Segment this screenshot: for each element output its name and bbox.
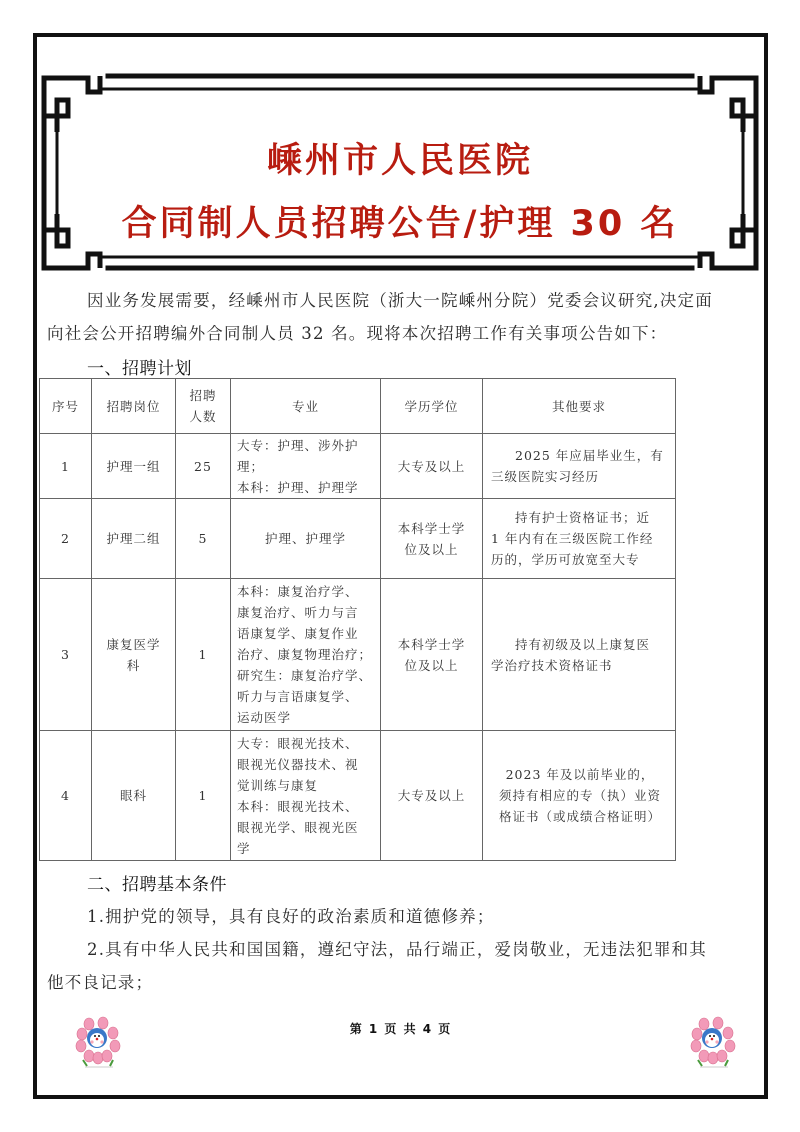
cell-position: 康复医学科 <box>92 579 176 731</box>
table-row: 4 眼科 1 大专：眼视光技术、眼视光仪器技术、视觉训练与康复本科：眼视光技术、… <box>40 731 676 861</box>
condition-item-1: 1.拥护党的领导，具有良好的政治素质和道德修养； <box>87 900 495 933</box>
cell-other: 2023 年及以前毕业的，须持有相应的专（执）业资格证书（或成绩合格证明） <box>483 731 676 861</box>
cell-education: 本科学士学位及以上 <box>381 499 483 579</box>
cell-count: 5 <box>176 499 231 579</box>
cell-education: 本科学士学位及以上 <box>381 579 483 731</box>
header-position: 招聘岗位 <box>92 379 176 434</box>
condition-item-2: 2.具有中华人民共和国国籍，遵纪守法，品行端正，爱岗敬业，无违法犯罪和其 <box>87 933 707 966</box>
cell-count: 1 <box>176 579 231 731</box>
document-title-line2: 合同制人员招聘公告/护理 30 名 <box>0 196 800 246</box>
cell-education: 大专及以上 <box>381 731 483 861</box>
cell-other: 2025 年应届毕业生，有三级医院实习经历 <box>483 434 676 499</box>
recruitment-plan-table: 序号 招聘岗位 招聘人数 专业 学历学位 其他要求 1 护理一组 25 大专：护… <box>39 378 676 861</box>
cell-no: 3 <box>40 579 92 731</box>
cell-position: 护理二组 <box>92 499 176 579</box>
section-heading-conditions: 二、招聘基本条件 <box>87 870 227 895</box>
cell-no: 4 <box>40 731 92 861</box>
document-title-line1: 嵊州市人民医院 <box>0 133 800 183</box>
cell-no: 1 <box>40 434 92 499</box>
cell-major: 大专：眼视光技术、眼视光仪器技术、视觉训练与康复本科：眼视光技术、眼视光学、眼视… <box>231 731 381 861</box>
intro-paragraph-line1: 因业务发展需要，经嵊州市人民医院（浙大一院嵊州分院）党委会议研究,决定面 <box>87 284 713 317</box>
table-header-row: 序号 招聘岗位 招聘人数 专业 学历学位 其他要求 <box>40 379 676 434</box>
condition-item-2-cont: 他不良记录； <box>47 966 153 999</box>
cell-no: 2 <box>40 499 92 579</box>
cell-position: 眼科 <box>92 731 176 861</box>
table-row: 1 护理一组 25 大专：护理、涉外护理；本科：护理、护理学 大专及以上 202… <box>40 434 676 499</box>
cell-major: 护理、护理学 <box>231 499 381 579</box>
header-count: 招聘人数 <box>176 379 231 434</box>
header-no: 序号 <box>40 379 92 434</box>
header-other: 其他要求 <box>483 379 676 434</box>
intro-paragraph-line2: 向社会公开招聘编外合同制人员 32 名。现将本次招聘工作有关事项公告如下： <box>47 317 667 350</box>
cell-other: 持有初级及以上康复医学治疗技术资格证书 <box>483 579 676 731</box>
cell-major: 大专：护理、涉外护理；本科：护理、护理学 <box>231 434 381 499</box>
table-row: 3 康复医学科 1 本科：康复治疗学、康复治疗、听力与言语康复学、康复作业治疗、… <box>40 579 676 731</box>
header-education: 学历学位 <box>381 379 483 434</box>
cell-position: 护理一组 <box>92 434 176 499</box>
cell-major: 本科：康复治疗学、康复治疗、听力与言语康复学、康复作业治疗、康复物理治疗；研究生… <box>231 579 381 731</box>
cell-count: 1 <box>176 731 231 861</box>
cell-education: 大专及以上 <box>381 434 483 499</box>
table-row: 2 护理二组 5 护理、护理学 本科学士学位及以上 持有护士资格证书；近1 年内… <box>40 499 676 579</box>
flower-sticker-left-icon <box>73 1016 125 1068</box>
header-major: 专业 <box>231 379 381 434</box>
cell-count: 25 <box>176 434 231 499</box>
flower-sticker-right-icon <box>688 1016 740 1068</box>
cell-other: 持有护士资格证书；近1 年内有在三级医院工作经历的，学历可放宽至大专 <box>483 499 676 579</box>
section-heading-plan: 一、招聘计划 <box>87 354 192 379</box>
